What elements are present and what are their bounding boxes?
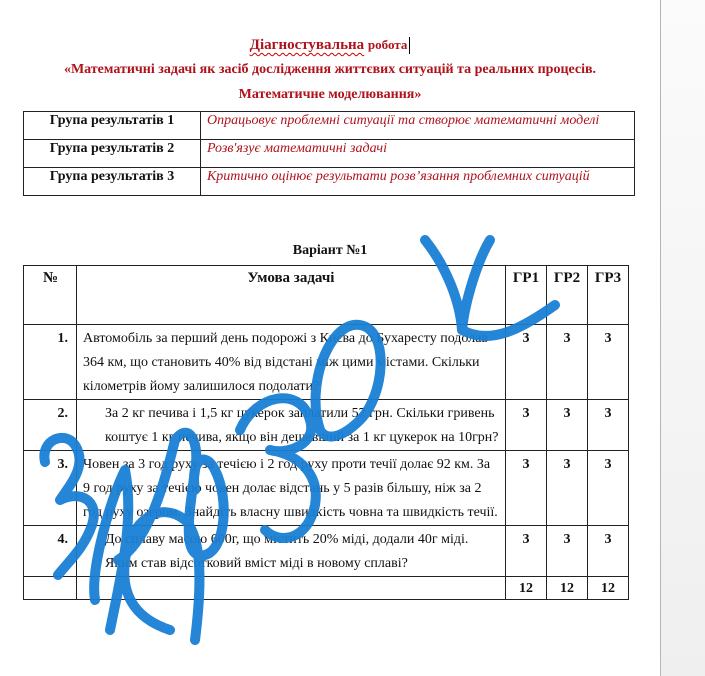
table-row: 2. За 2 кг печива і 1,5 кг цукерок запла…	[24, 400, 629, 451]
table-row: 4. До сплаву масою 600г, що містить 20% …	[24, 526, 629, 577]
totals-row: 12 12 12	[24, 577, 629, 600]
result-group-row: Група результатів 3 Критично оцінює резу…	[24, 168, 635, 196]
task-text: За 2 кг печива і 1,5 кг цукерок заплатил…	[77, 400, 506, 451]
document-title: Діагностувальна робота	[0, 37, 660, 54]
total-gr2: 12	[547, 577, 588, 600]
table-row: 3. Човен за 3 год руху за течією і 2 год…	[24, 451, 629, 526]
task-number: 3.	[24, 451, 77, 526]
table-header-row: № Умова задачі ГР1 ГР2 ГР3	[24, 266, 629, 325]
task-gr1: 3	[506, 526, 547, 577]
total-gr3: 12	[588, 577, 629, 600]
group-label: Група результатів 3	[24, 168, 201, 196]
totals-empty-num	[24, 577, 77, 600]
task-number: 4.	[24, 526, 77, 577]
vertical-scrollbar-area[interactable]	[660, 0, 705, 676]
subtitle-line-1: «Математичні задачі як засіб дослідження…	[0, 62, 660, 78]
task-gr2: 3	[547, 325, 588, 400]
document-page[interactable]: Діагностувальна робота «Математичні зада…	[0, 0, 660, 676]
task-gr2: 3	[547, 526, 588, 577]
task-gr2: 3	[547, 400, 588, 451]
group-label: Група результатів 2	[24, 140, 201, 168]
header-num: №	[24, 266, 77, 325]
task-gr3: 3	[588, 325, 629, 400]
header-condition: Умова задачі	[77, 266, 506, 325]
group-description: Опрацьовує проблемні ситуації та створює…	[201, 112, 635, 140]
total-gr1: 12	[506, 577, 547, 600]
task-gr1: 3	[506, 325, 547, 400]
totals-empty-text	[77, 577, 506, 600]
task-gr2: 3	[547, 451, 588, 526]
header-gr3: ГР3	[588, 266, 629, 325]
title-suffix: робота	[368, 37, 407, 52]
header-gr2: ГР2	[547, 266, 588, 325]
title-main: Діагностувальна	[250, 37, 365, 53]
subtitle-line-2: Математичне моделювання»	[0, 87, 660, 103]
task-number: 1.	[24, 325, 77, 400]
task-gr3: 3	[588, 451, 629, 526]
result-group-row: Група результатів 1 Опрацьовує проблемні…	[24, 112, 635, 140]
task-gr1: 3	[506, 400, 547, 451]
task-text: Автомобіль за перший день подорожі з Киє…	[77, 325, 506, 400]
group-label: Група результатів 1	[24, 112, 201, 140]
task-gr3: 3	[588, 400, 629, 451]
result-groups-table: Група результатів 1 Опрацьовує проблемні…	[23, 111, 635, 196]
task-gr1: 3	[506, 451, 547, 526]
table-row: 1. Автомобіль за перший день подорожі з …	[24, 325, 629, 400]
header-gr1: ГР1	[506, 266, 547, 325]
group-description: Критично оцінює результати розв’язання п…	[201, 168, 635, 196]
tasks-table: № Умова задачі ГР1 ГР2 ГР3 1. Автомобіль…	[23, 265, 629, 600]
task-gr3: 3	[588, 526, 629, 577]
task-number: 2.	[24, 400, 77, 451]
group-description: Розв'язує математичні задачі	[201, 140, 635, 168]
text-cursor	[409, 37, 410, 54]
task-text: Човен за 3 год руху за течією і 2 год ру…	[77, 451, 506, 526]
task-text: До сплаву масою 600г, що містить 20% мід…	[77, 526, 506, 577]
result-group-row: Група результатів 2 Розв'язує математичн…	[24, 140, 635, 168]
variant-title: Варіант №1	[0, 243, 660, 259]
